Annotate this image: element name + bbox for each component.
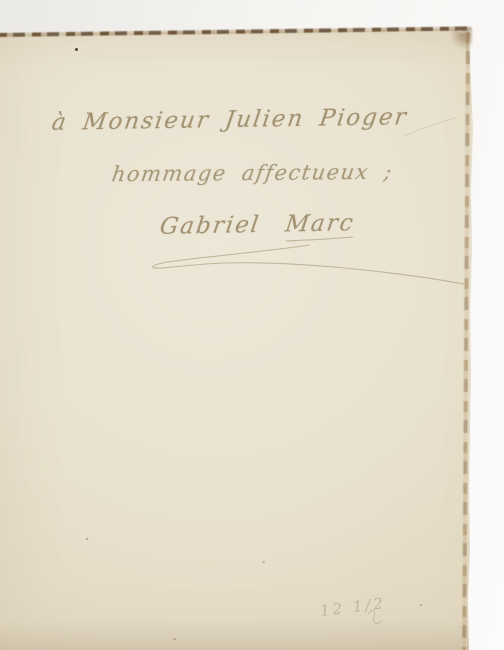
book-photo: à Monsieur Julien Pioger hommage affectu… (0, 0, 504, 650)
paper-speck (75, 48, 78, 51)
paper-speck (173, 638, 176, 640)
paper-speck (420, 604, 422, 606)
flyleaf-page (0, 0, 504, 650)
paper-speck (262, 561, 265, 563)
paper-speck (86, 538, 88, 540)
inscription-line-hommage: hommage affectueux ; (110, 160, 394, 186)
top-right-corner-stain (450, 28, 472, 50)
inscription-signature: Gabriel Marc (158, 210, 356, 240)
